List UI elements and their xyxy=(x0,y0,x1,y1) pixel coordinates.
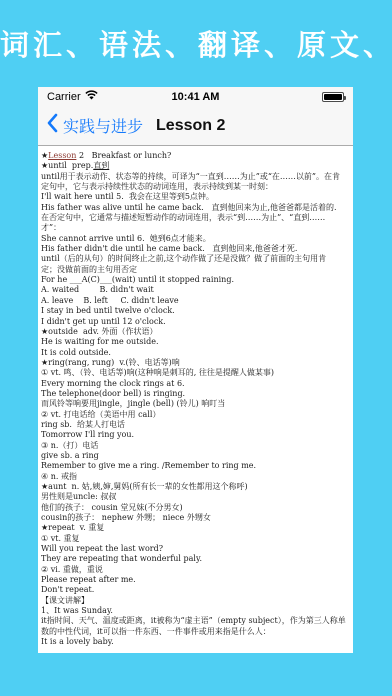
content-line: I didn't get up until 12 o'clock. xyxy=(41,317,350,327)
content-line: ② vi. 重做，重说 xyxy=(41,565,350,575)
content-line: Tomorrow I'll ring you. xyxy=(41,430,350,440)
content-line: 他们的孩子： cousin 堂兄妹(不分男女) xyxy=(41,503,350,513)
content-line: His father was alive until he came back.… xyxy=(41,203,350,213)
content-line: until（后的从句）的时间终止之前,这个动作做了还是没做？做了前面的主句用肯 xyxy=(41,254,350,264)
content-line: I'll wait here until 5. 我会在这里等到5点钟。 xyxy=(41,192,350,202)
content-line: 数的中性代词，it可以指一件东西、一件事件或用来指是什么人： xyxy=(41,627,350,637)
content-line: 1、It was Sunday. xyxy=(41,606,350,616)
content-line: Every morning the clock rings at 6. xyxy=(41,379,350,389)
text-segment: 2 Breakfast or lunch? xyxy=(76,151,171,160)
navigation-bar: 实践与进步 Lesson 2 xyxy=(38,106,353,146)
content-line: ① vt. 鸣、（铃、电话等)响(这种响是刺耳的, 往往是提醒人做某事) xyxy=(41,368,350,378)
text-segment: ★until prep. xyxy=(41,161,93,170)
content-line: give sb. a ring xyxy=(41,451,350,461)
content-line: 定；没做前面的主句用否定 xyxy=(41,265,350,275)
content-line: ④ n. 戒指 xyxy=(41,472,350,482)
content-line: ② vt. 打电话给（美语中用 call） xyxy=(41,410,350,420)
content-line: ③ n.（打）电话 xyxy=(41,441,350,451)
page-title: 词汇、语法、翻译、原文、习题 xyxy=(0,29,392,62)
content-line: A. leave B. left C. didn't leave xyxy=(41,296,350,306)
content-line: ★until prep.直到 xyxy=(41,161,350,171)
content-line: until用于表示动作、状态等的持续，可译为“一直到……为止”或“在……以前”。… xyxy=(41,172,350,182)
content-line: ★aunt n. 姑,姨,婶,舅妈(所有长一辈的女性都用这个称呼) xyxy=(41,482,350,492)
content-line: For he ___A(C)___(wait) until it stopped… xyxy=(41,275,350,285)
content-line: Don't repeat. xyxy=(41,585,350,595)
content-line: ① vt. 重复 xyxy=(41,534,350,544)
content-line: Please repeat after me. xyxy=(41,575,350,585)
content-line: His father didn't die until he came back… xyxy=(41,244,350,254)
content-line: 才”： xyxy=(41,223,350,233)
back-button[interactable]: 实践与进步 xyxy=(46,113,143,138)
lesson-content-scroll-area[interactable]: ★Lesson 2 Breakfast or lunch?★until prep… xyxy=(38,146,353,652)
content-line: The telephone(door bell) is ringing. xyxy=(41,389,350,399)
content-line: He is waiting for me outside. xyxy=(41,337,350,347)
content-line: They are repeating that wonderful paly. xyxy=(41,554,350,564)
content-line: ring sb. 给某人打电话 xyxy=(41,420,350,430)
app-window: Carrier 10:41 AM 实践与进步 xyxy=(38,87,353,653)
content-line: it指时间、天气、温度或距离，it被称为“虚主语”（empty subject）… xyxy=(41,616,350,626)
content-line: I stay in bed until twelve o'clock. xyxy=(41,306,350,316)
chevron-left-icon xyxy=(46,113,58,138)
content-line: 男性则是uncle: 叔叔 xyxy=(41,492,350,502)
lesson-title: Lesson 2 xyxy=(156,117,225,135)
content-line: A. waited B. didn't wait xyxy=(41,285,350,295)
content-line: ★outside adv. 外面（作状语） xyxy=(41,327,350,337)
back-button-label[interactable]: 实践与进步 xyxy=(63,114,143,137)
content-line: She cannot arrive until 6. 她到6点才能来。 xyxy=(41,234,350,244)
content-line: 而风铃等响要用jingle，jingle (bell) (铃儿) 响叮当 xyxy=(41,399,350,409)
content-line: cousin的孩子： nephew 外甥； niece 外甥女 xyxy=(41,513,350,523)
content-line: Will you repeat the last word? xyxy=(41,544,350,554)
content-line: Remember to give me a ring. /Remember to… xyxy=(41,461,350,471)
content-line: ★Lesson 2 Breakfast or lunch? xyxy=(41,151,350,161)
content-line: 定句中，它与表示持续性状态的动词连用，表示持续到某一时刻： xyxy=(41,182,350,192)
content-line: It is cold outside. xyxy=(41,348,350,358)
clock: 10:41 AM xyxy=(38,91,353,103)
content-line: ★ring(rang, rung) v.(铃、电话等)响 xyxy=(41,358,350,368)
content-line: It is a lovely baby. xyxy=(41,637,350,647)
highlighted-word: 直到 xyxy=(93,161,109,170)
status-bar: Carrier 10:41 AM xyxy=(38,87,353,106)
content-line: 【课文讲解】 xyxy=(41,596,350,606)
battery-icon xyxy=(322,92,344,102)
highlighted-word: Lesson xyxy=(48,151,76,160)
content-line: ★repeat v. 重复 xyxy=(41,523,350,533)
content-line: 在否定句中，它通常与描述短暂动作的动词连用，表示“到……为止”、“直到…… xyxy=(41,213,350,223)
